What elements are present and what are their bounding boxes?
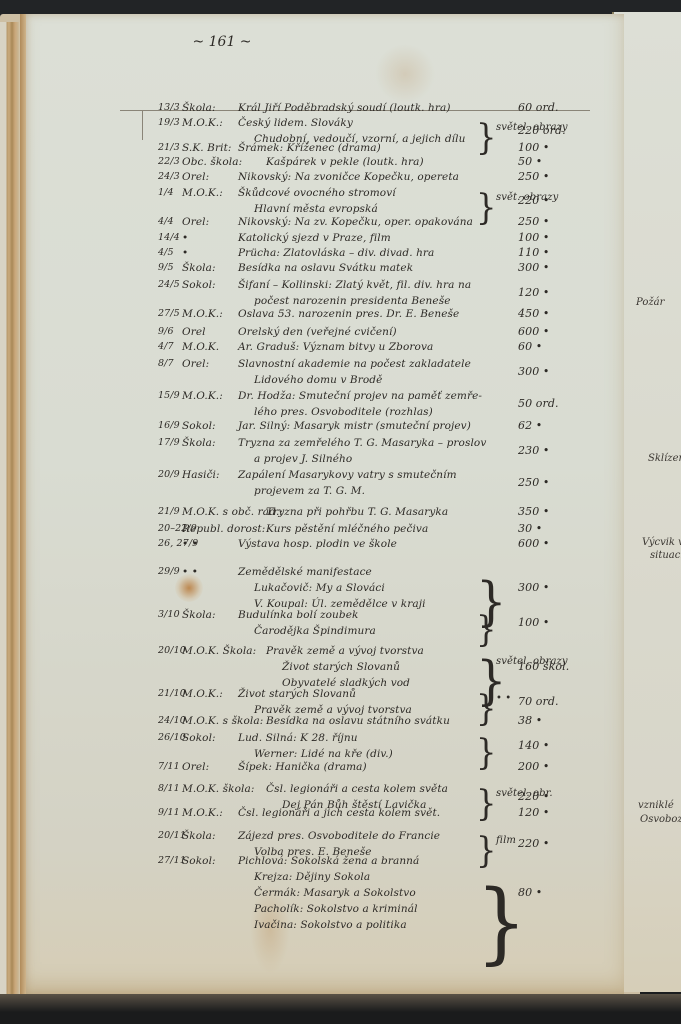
entry-attendance: 50 ord. bbox=[518, 396, 559, 412]
margin-note: Osvoboz. bbox=[640, 814, 681, 825]
entry-description: Besídka na oslavu Svátku matek bbox=[238, 260, 413, 276]
entry-line: Čsl. legionáři a cesta kolem světa bbox=[266, 781, 448, 797]
entry-date: 20/11 bbox=[158, 828, 180, 844]
entry-line: Pacholík: Sokolstvo a kriminál bbox=[238, 901, 419, 917]
entry-line: Život starých Slovanů bbox=[238, 686, 412, 702]
entry-line: Zapálení Masarykovy vatry s smutečním bbox=[238, 467, 457, 483]
entry-date: 21/9 bbox=[158, 504, 180, 520]
entry-date: 19/3 bbox=[158, 115, 180, 131]
entry-line: Jar. Silný: Masaryk mistr (smuteční proj… bbox=[238, 418, 471, 434]
entry-attendance: 350 • bbox=[518, 504, 549, 520]
entry-description: Oslava 53. narozenin pres. Dr. E. Beneše bbox=[238, 306, 459, 322]
entry-date: 15/9 bbox=[158, 388, 180, 404]
entry-description: Ar. Graduš: Význam bitvy u Zborova bbox=[238, 339, 433, 355]
entry-organizer: M.O.K.: bbox=[182, 115, 223, 131]
margin-note: Výcvik ve bbox=[642, 537, 681, 548]
entry-date: 9/5 bbox=[158, 260, 180, 276]
entry-attendance: 450 • bbox=[518, 306, 549, 322]
entry-line: Kurs pěstění mléčného pečiva bbox=[266, 521, 428, 537]
entry-attendance: 250 • bbox=[518, 169, 549, 185]
entry-line: Besídka na oslavu Svátku matek bbox=[238, 260, 413, 276]
entry-organizer: M.O.K.: bbox=[182, 306, 223, 322]
entry-line: Zájezd pres. Osvoboditele do Francie bbox=[238, 828, 440, 844]
entry-line: Budulínka bolí zoubek bbox=[238, 607, 376, 623]
book-spine-edge bbox=[0, 22, 22, 1007]
entry-line: Český lidem. Slováky bbox=[238, 115, 465, 131]
entry-organizer: M.O.K. škola: bbox=[182, 781, 254, 797]
entry-date: 26, 27/9 bbox=[158, 536, 180, 552]
entry-attendance: 220 • bbox=[518, 789, 549, 805]
entry-description: Zemědělské manifestaceLukačovič: My a Sl… bbox=[238, 564, 426, 612]
entry-organizer: M.O.K. s škola: bbox=[182, 713, 263, 729]
entry-line: Katolický sjezd v Praze, film bbox=[238, 230, 391, 246]
entry-organizer: Orel: bbox=[182, 759, 209, 775]
entry-attendance: 30 • bbox=[518, 521, 542, 537]
entry-line: Čarodějka Špindimura bbox=[238, 623, 376, 639]
entry-organizer: M.O.K. bbox=[182, 339, 219, 355]
entry-attendance: 100 • bbox=[518, 615, 549, 631]
entry-description: Nikovský: Na zv. Kopečku, oper. opakován… bbox=[238, 214, 473, 230]
entry-line: Tryzna za zemřelého T. G. Masaryka – pro… bbox=[238, 435, 486, 451]
entry-attendance: 62 • bbox=[518, 418, 542, 434]
entry-line: Lidového domu v Brodě bbox=[238, 372, 471, 388]
entry-date: 17/9 bbox=[158, 435, 180, 451]
brace-glyph: } bbox=[476, 785, 496, 820]
page-number: ~ 161 ~ bbox=[20, 34, 624, 50]
ledger-page: ~ 161 ~ 13/3Škola:Král Jiří Poděbradský … bbox=[20, 14, 624, 994]
entry-line: Škůdcové ovocného stromoví bbox=[238, 185, 396, 201]
entry-attendance: 220 ord. bbox=[518, 123, 566, 139]
entry-date: 29/9 bbox=[158, 564, 180, 580]
entry-organizer: Škola: bbox=[182, 260, 216, 276]
entry-organizer: Republ. dorost: bbox=[182, 521, 265, 537]
entry-description: Pravěk země a vývoj tvorstvaŽivot starýc… bbox=[266, 643, 424, 691]
entry-description: Šípek: Hanička (drama) bbox=[238, 759, 367, 775]
entry-description: Katolický sjezd v Praze, film bbox=[238, 230, 391, 246]
margin-note: Sklízení bbox=[648, 453, 681, 464]
entry-description: Budulínka bolí zoubekČarodějka Špindimur… bbox=[238, 607, 376, 639]
entry-organizer: M.O.K.: bbox=[182, 805, 223, 821]
entry-line: Král Jiří Poděbradský soudí (loutk. hra) bbox=[238, 100, 451, 116]
entry-line: Ar. Graduš: Význam bitvy u Zborova bbox=[238, 339, 433, 355]
entry-line: projevem za T. G. M. bbox=[238, 483, 457, 499]
entry-date: 24/5 bbox=[158, 277, 180, 293]
column-rule bbox=[142, 110, 143, 140]
entry-line: Lukačovič: My a Slováci bbox=[238, 580, 426, 596]
page-binding-edge bbox=[20, 14, 26, 994]
scan-background-bottom bbox=[0, 994, 681, 1024]
margin-note: situaci bbox=[650, 550, 681, 561]
entry-organizer: Sokol: bbox=[182, 418, 216, 434]
entry-description: Dr. Hodža: Smuteční projev na paměť zemř… bbox=[238, 388, 482, 420]
entry-note: • • bbox=[496, 692, 511, 705]
entry-line: Besídka na oslavu státního svátku bbox=[266, 713, 450, 729]
brace-glyph: } bbox=[476, 119, 496, 154]
entry-attendance: 600 • bbox=[518, 536, 549, 552]
entry-attendance: 140 • bbox=[518, 738, 549, 754]
entry-organizer: Orel: bbox=[182, 214, 209, 230]
entry-attendance: 120 • bbox=[518, 285, 549, 301]
brace-glyph: } bbox=[476, 690, 496, 725]
entry-line: Pichlová: Sokolská žena a branná bbox=[238, 853, 419, 869]
entry-description: Kašpárek v pekle (loutk. hra) bbox=[266, 154, 424, 170]
entry-organizer: Škola: bbox=[182, 828, 216, 844]
entry-attendance: 160 škol. bbox=[518, 659, 569, 675]
entry-organizer: Sokol: bbox=[182, 853, 216, 869]
entry-line: Zemědělské manifestace bbox=[238, 564, 426, 580]
entry-date: 20/10 bbox=[158, 643, 180, 659]
entry-description: Orelský den (veřejné cvičení) bbox=[238, 324, 397, 340]
entry-description: Škůdcové ovocného stromovíHlavní města e… bbox=[238, 185, 396, 217]
entry-description: Tryzna při pohřbu T. G. Masaryka bbox=[266, 504, 448, 520]
entry-description: Kurs pěstění mléčného pečiva bbox=[266, 521, 428, 537]
entry-description: Slavnostní akademie na počest zakladatel… bbox=[238, 356, 471, 388]
entry-date: 20–22/9 bbox=[158, 521, 180, 537]
entry-line: Čermák: Masaryk a Sokolstvo bbox=[238, 885, 419, 901]
entry-date: 8/7 bbox=[158, 356, 180, 372]
entry-description: Čsl. legionáři a jich cesta kolem svět. bbox=[238, 805, 440, 821]
entry-description: Pichlová: Sokolská žena a brannáKrejza: … bbox=[238, 853, 419, 933]
entry-organizer: Sokol: bbox=[182, 730, 216, 746]
entry-line: Pravěk země a vývoj tvorstva bbox=[266, 643, 424, 659]
entry-organizer: M.O.K.: bbox=[182, 185, 223, 201]
entry-attendance: 250 • bbox=[518, 214, 549, 230]
entry-description: Zapálení Masarykovy vatry s smutečnímpro… bbox=[238, 467, 457, 499]
entry-date: 4/4 bbox=[158, 214, 180, 230]
entry-attendance: 80 • bbox=[518, 885, 542, 901]
entry-attendance: 70 ord. bbox=[518, 694, 559, 710]
entry-description: Lud. Silná: K 28. říjnuWerner: Lidé na k… bbox=[238, 730, 393, 762]
entry-line: Šípek: Hanička (drama) bbox=[238, 759, 367, 775]
entry-attendance: 120 • bbox=[518, 805, 549, 821]
entry-line: Oslava 53. narozenin pres. Dr. E. Beneše bbox=[238, 306, 459, 322]
entry-line: Orelský den (veřejné cvičení) bbox=[238, 324, 397, 340]
entry-line: Prücha: Zlatovláska – div. divad. hra bbox=[238, 245, 434, 261]
entry-attendance: 220 • bbox=[518, 193, 549, 209]
entry-attendance: 300 • bbox=[518, 580, 549, 596]
entry-date: 9/6 bbox=[158, 324, 180, 340]
entry-attendance: 230 • bbox=[518, 443, 549, 459]
entry-date: 4/7 bbox=[158, 339, 180, 355]
entry-attendance: 300 • bbox=[518, 364, 549, 380]
entry-date: 9/11 bbox=[158, 805, 180, 821]
entry-date: 27/5 bbox=[158, 306, 180, 322]
brace-glyph: } bbox=[476, 611, 496, 646]
entry-date: 22/3 bbox=[158, 154, 180, 170]
entry-organizer: Škola: bbox=[182, 100, 216, 116]
entry-organizer: Škola: bbox=[182, 435, 216, 451]
entry-date: 4/5 bbox=[158, 245, 180, 261]
entry-organizer: M.O.K. Škola: bbox=[182, 643, 256, 659]
brace-glyph: } bbox=[476, 189, 496, 224]
entry-date: 16/9 bbox=[158, 418, 180, 434]
entry-description: Výstava hosp. plodin ve škole bbox=[238, 536, 397, 552]
margin-note: vzniklé bbox=[638, 800, 674, 811]
entry-attendance: 200 • bbox=[518, 759, 549, 775]
entry-attendance: 220 • bbox=[518, 836, 549, 852]
entry-organizer: Obc. škola: bbox=[182, 154, 242, 170]
entry-attendance: 250 • bbox=[518, 475, 549, 491]
entry-note: film bbox=[496, 834, 516, 847]
entry-date: 24/3 bbox=[158, 169, 180, 185]
entry-description: Šifaní – Kollinski: Zlatý květ, fil. div… bbox=[238, 277, 471, 309]
entry-line: Ivačina: Sokolstvo a politika bbox=[238, 917, 419, 933]
entry-line: Šifaní – Kollinski: Zlatý květ, fil. div… bbox=[238, 277, 471, 293]
entry-description: Nikovský: Na zvoničce Kopečku, opereta bbox=[238, 169, 459, 185]
entry-line: Dr. Hodža: Smuteční projev na paměť zemř… bbox=[238, 388, 482, 404]
entry-line: Čsl. legionáři a jich cesta kolem svět. bbox=[238, 805, 440, 821]
entry-line: Nikovský: Na zv. Kopečku, oper. opakován… bbox=[238, 214, 473, 230]
brace-glyph: } bbox=[476, 734, 496, 769]
entry-line: a projev J. Silného bbox=[238, 451, 486, 467]
entry-description: Král Jiří Poděbradský soudí (loutk. hra) bbox=[238, 100, 451, 116]
entry-attendance: 100 • bbox=[518, 230, 549, 246]
entry-organizer: • • bbox=[182, 536, 198, 552]
entry-date: 21/10 bbox=[158, 686, 180, 702]
entry-organizer: Orel: bbox=[182, 356, 209, 372]
entry-attendance: 110 • bbox=[518, 245, 549, 261]
entry-date: 20/9 bbox=[158, 467, 180, 483]
entry-organizer: • bbox=[182, 245, 188, 261]
entry-date: 26/10 bbox=[158, 730, 180, 746]
entry-attendance: 60 ord. bbox=[518, 100, 559, 116]
entry-date: 7/11 bbox=[158, 759, 180, 775]
entry-line: Slavnostní akademie na počest zakladatel… bbox=[238, 356, 471, 372]
entry-description: Prücha: Zlatovláska – div. divad. hra bbox=[238, 245, 434, 261]
brace-glyph: } bbox=[476, 832, 496, 867]
entry-organizer: Sokol: bbox=[182, 277, 216, 293]
entry-line: Život starých Slovanů bbox=[266, 659, 424, 675]
entry-organizer: M.O.K.: bbox=[182, 686, 223, 702]
entry-line: Lud. Silná: K 28. říjnu bbox=[238, 730, 393, 746]
entry-attendance: 60 • bbox=[518, 339, 542, 355]
entry-date: 13/3 bbox=[158, 100, 180, 116]
entry-date: 27/11 bbox=[158, 853, 180, 869]
entry-line: Výstava hosp. plodin ve škole bbox=[238, 536, 397, 552]
entry-description: Besídka na oslavu státního svátku bbox=[266, 713, 450, 729]
entry-description: Jar. Silný: Masaryk mistr (smuteční proj… bbox=[238, 418, 471, 434]
entry-attendance: 50 • bbox=[518, 154, 542, 170]
entry-date: 8/11 bbox=[158, 781, 180, 797]
water-stain bbox=[375, 44, 435, 104]
entry-attendance: 38 • bbox=[518, 713, 542, 729]
entry-description: Tryzna za zemřelého T. G. Masaryka – pro… bbox=[238, 435, 486, 467]
entry-organizer: Orel bbox=[182, 324, 206, 340]
entry-organizer: Orel: bbox=[182, 169, 209, 185]
entry-organizer: Škola: bbox=[182, 607, 216, 623]
entry-organizer: • bbox=[182, 230, 188, 246]
entry-date: 14/4 bbox=[158, 230, 180, 246]
entry-line: Nikovský: Na zvoničce Kopečku, opereta bbox=[238, 169, 459, 185]
entry-organizer: • • bbox=[182, 564, 198, 580]
entry-date: 24/10 bbox=[158, 713, 180, 729]
entry-attendance: 300 • bbox=[518, 260, 549, 276]
entry-date: 1/4 bbox=[158, 185, 180, 201]
entry-line: Tryzna při pohřbu T. G. Masaryka bbox=[266, 504, 448, 520]
entry-organizer: Hasiči: bbox=[182, 467, 220, 483]
margin-note: Požár bbox=[636, 297, 664, 308]
entry-attendance: 600 • bbox=[518, 324, 549, 340]
entry-organizer: M.O.K.: bbox=[182, 388, 223, 404]
entry-line: Krejza: Dějiny Sokola bbox=[238, 869, 419, 885]
entry-date: 3/10 bbox=[158, 607, 180, 623]
entry-line: Kašpárek v pekle (loutk. hra) bbox=[266, 154, 424, 170]
